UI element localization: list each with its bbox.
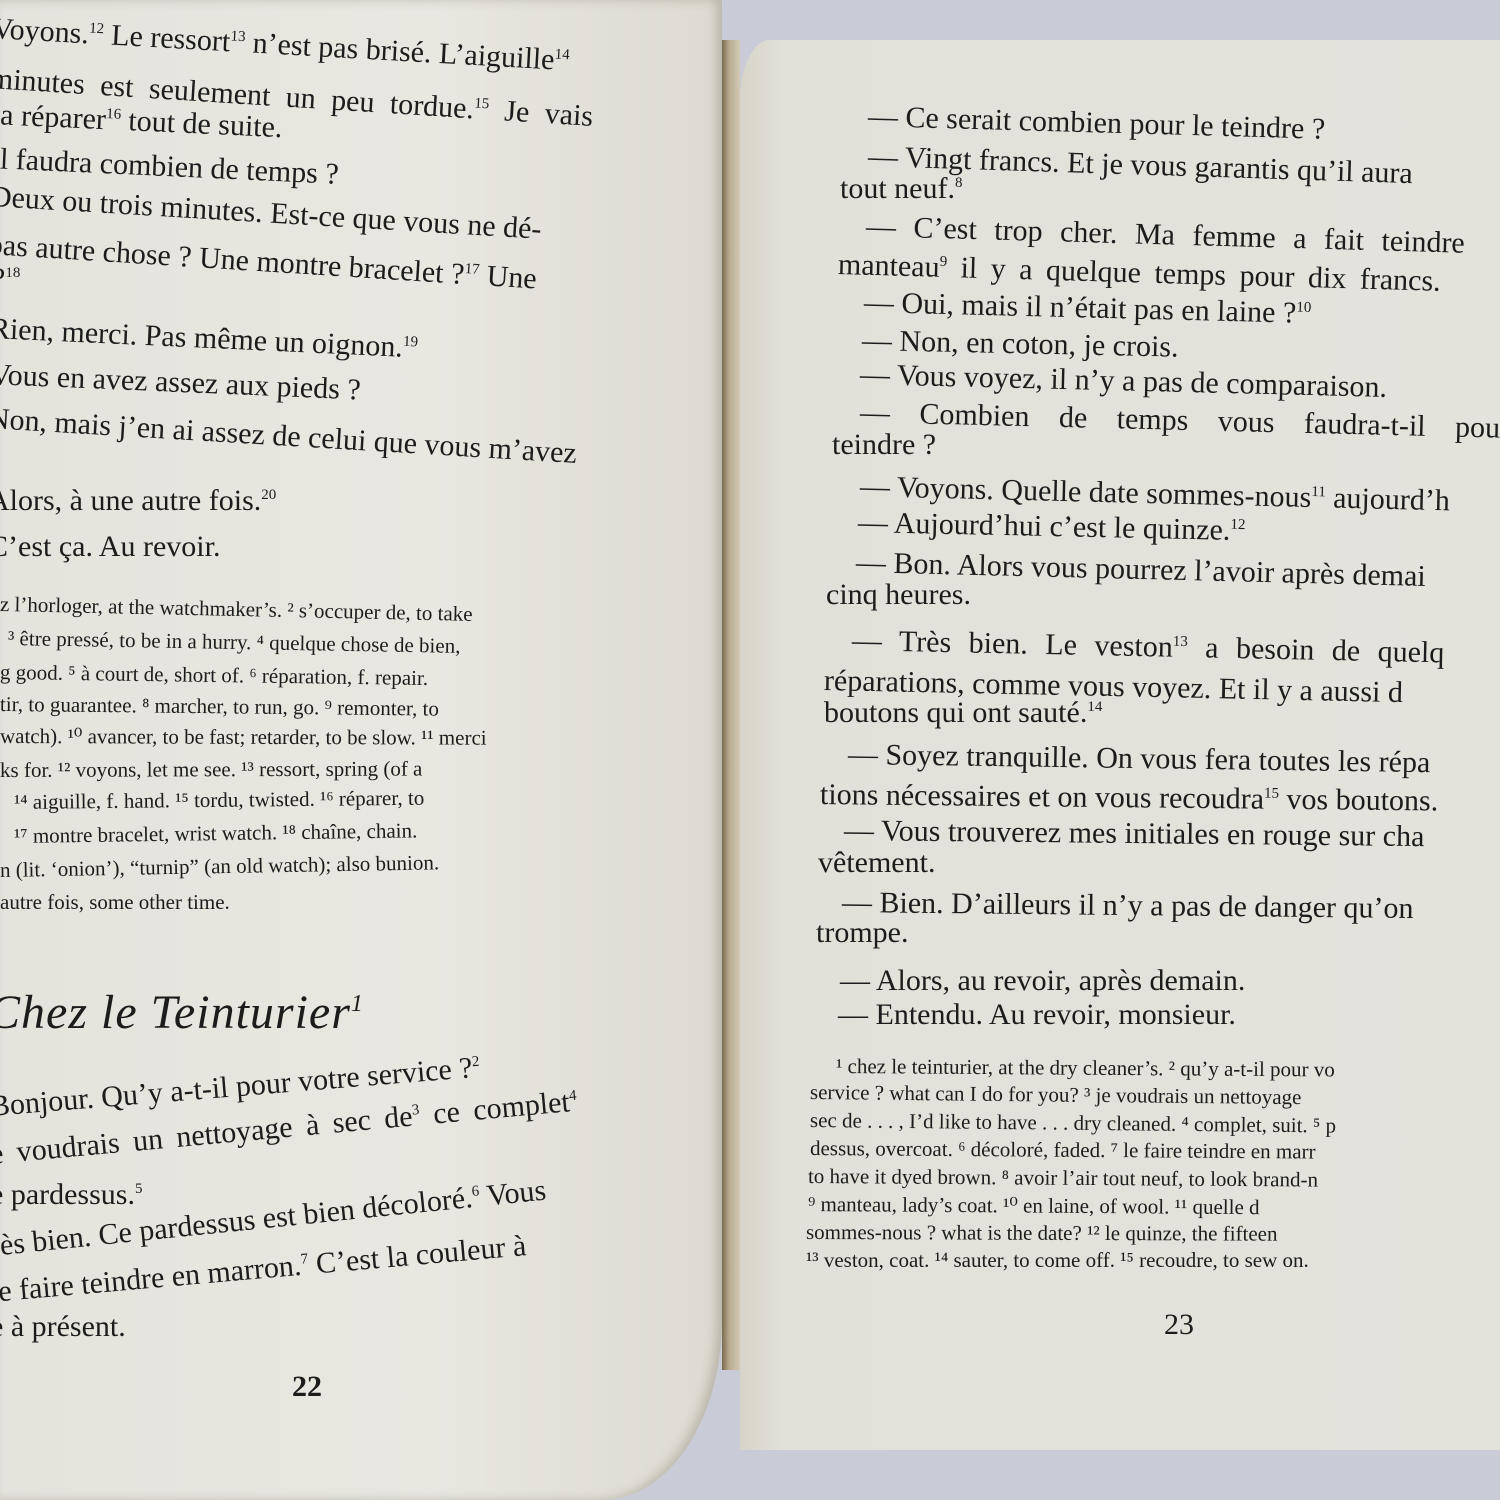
footnote-line: ¹ chez le teinturier, at the dry cleaner… [836, 1054, 1335, 1082]
page-number: 22 [292, 1370, 322, 1404]
dialogue-line: — Très bien. Le veston13 a besoin de que… [852, 624, 1445, 670]
dialogue-line: tout neuf.8 [840, 172, 962, 206]
dialogue-line: tions nécessaires et on vous recoudra15 … [820, 778, 1439, 818]
right-page: — Ce serait combien pour le teindre ? — … [740, 40, 1500, 1450]
dialogue-line: teindre ? [832, 428, 936, 462]
book-gutter [722, 40, 740, 1370]
dialogue-line: — Entendu. Au revoir, monsieur. [838, 998, 1236, 1032]
dialogue-line: ?18 [0, 262, 20, 296]
footnote-line: ¹⁴ aiguille, f. hand. ¹⁵ tordu, twisted.… [14, 786, 425, 815]
footnote-line: ⁹ manteau, lady’s coat. ¹⁰ en laine, of … [808, 1192, 1260, 1220]
dialogue-line: Alors, à une autre fois.20 [0, 484, 276, 518]
footnote-line: autre fois, some other time. [0, 890, 230, 915]
footnote-line: ks for. ¹² voyons, let me see. ¹³ ressor… [0, 757, 422, 783]
dialogue-line: — Ce serait combien pour le teindre ? [868, 100, 1326, 147]
footnote-line: service ? what can I do for you? ³ je vo… [810, 1080, 1302, 1110]
dialogue-line: cinq heures. [826, 578, 971, 612]
dialogue-line: Vous en avez assez aux pieds ? [0, 358, 361, 408]
dialogue-line: C’est ça. Au revoir. [0, 530, 220, 564]
left-page: Voyons.12 Le ressort13 n’est pas brisé. … [0, 0, 722, 1500]
dialogue-line: — Bien. D’ailleurs il n’y a pas de dange… [842, 886, 1414, 926]
dialogue-line: e pardessus.5 [0, 1178, 142, 1212]
footnote-line: z l’horloger, at the watchmaker’s. ² s’o… [0, 592, 473, 627]
footnote-line: to have it dyed brown. ⁸ avoir l’air tou… [808, 1164, 1318, 1193]
footnote-line: watch). ¹⁰ avancer, to be fast; retarder… [0, 724, 487, 751]
dialogue-line: — Combien de temps vous faudra-t-il pour [860, 396, 1500, 446]
dialogue-line: — Alors, au revoir, après demain. [840, 964, 1245, 998]
dialogue-line: e à présent. [0, 1310, 126, 1344]
footnote-line: sommes-nous ? what is the date? ¹² le qu… [806, 1220, 1278, 1247]
footnote-line: tir, to guarantee. ⁸ marcher, to run, go… [0, 692, 439, 722]
page-number: 23 [1164, 1308, 1194, 1342]
footnote-line: ³ être pressé, to be in a hurry. ⁴ quelq… [8, 626, 461, 659]
footnote-line: sec de . . . , I’d like to have . . . dr… [810, 1108, 1336, 1139]
footnote-line: ¹⁷ montre bracelet, wrist watch. ¹⁸ chaî… [14, 818, 418, 849]
dialogue-line: Rien, merci. Pas même un oignon.19 [0, 312, 419, 365]
footnote-line: n (lit. ‘onion’), “turnip” (an old watch… [0, 850, 439, 883]
dialogue-line: Non, mais j’en ai assez de celui que vou… [0, 402, 578, 471]
dialogue-line: — Soyez tranquille. On vous fera toutes … [848, 738, 1431, 780]
dialogue-line: boutons qui ont sauté.14 [824, 696, 1102, 730]
footnote-line: dessus, overcoat. ⁶ décoloré, faded. ⁷ l… [810, 1136, 1316, 1165]
dialogue-line: — Aujourd’hui c’est le quinze.12 [858, 506, 1246, 548]
dialogue-line: vêtement. [818, 846, 935, 880]
footnote-line: g good. ⁵ à court de, short of. ⁶ répara… [0, 660, 428, 691]
dialogue-line: trompe. [816, 916, 908, 950]
chapter-title: Chez le Teinturier1 [0, 985, 364, 1040]
footnote-line: ¹³ veston, coat. ¹⁴ sauter, to come off.… [806, 1248, 1309, 1273]
